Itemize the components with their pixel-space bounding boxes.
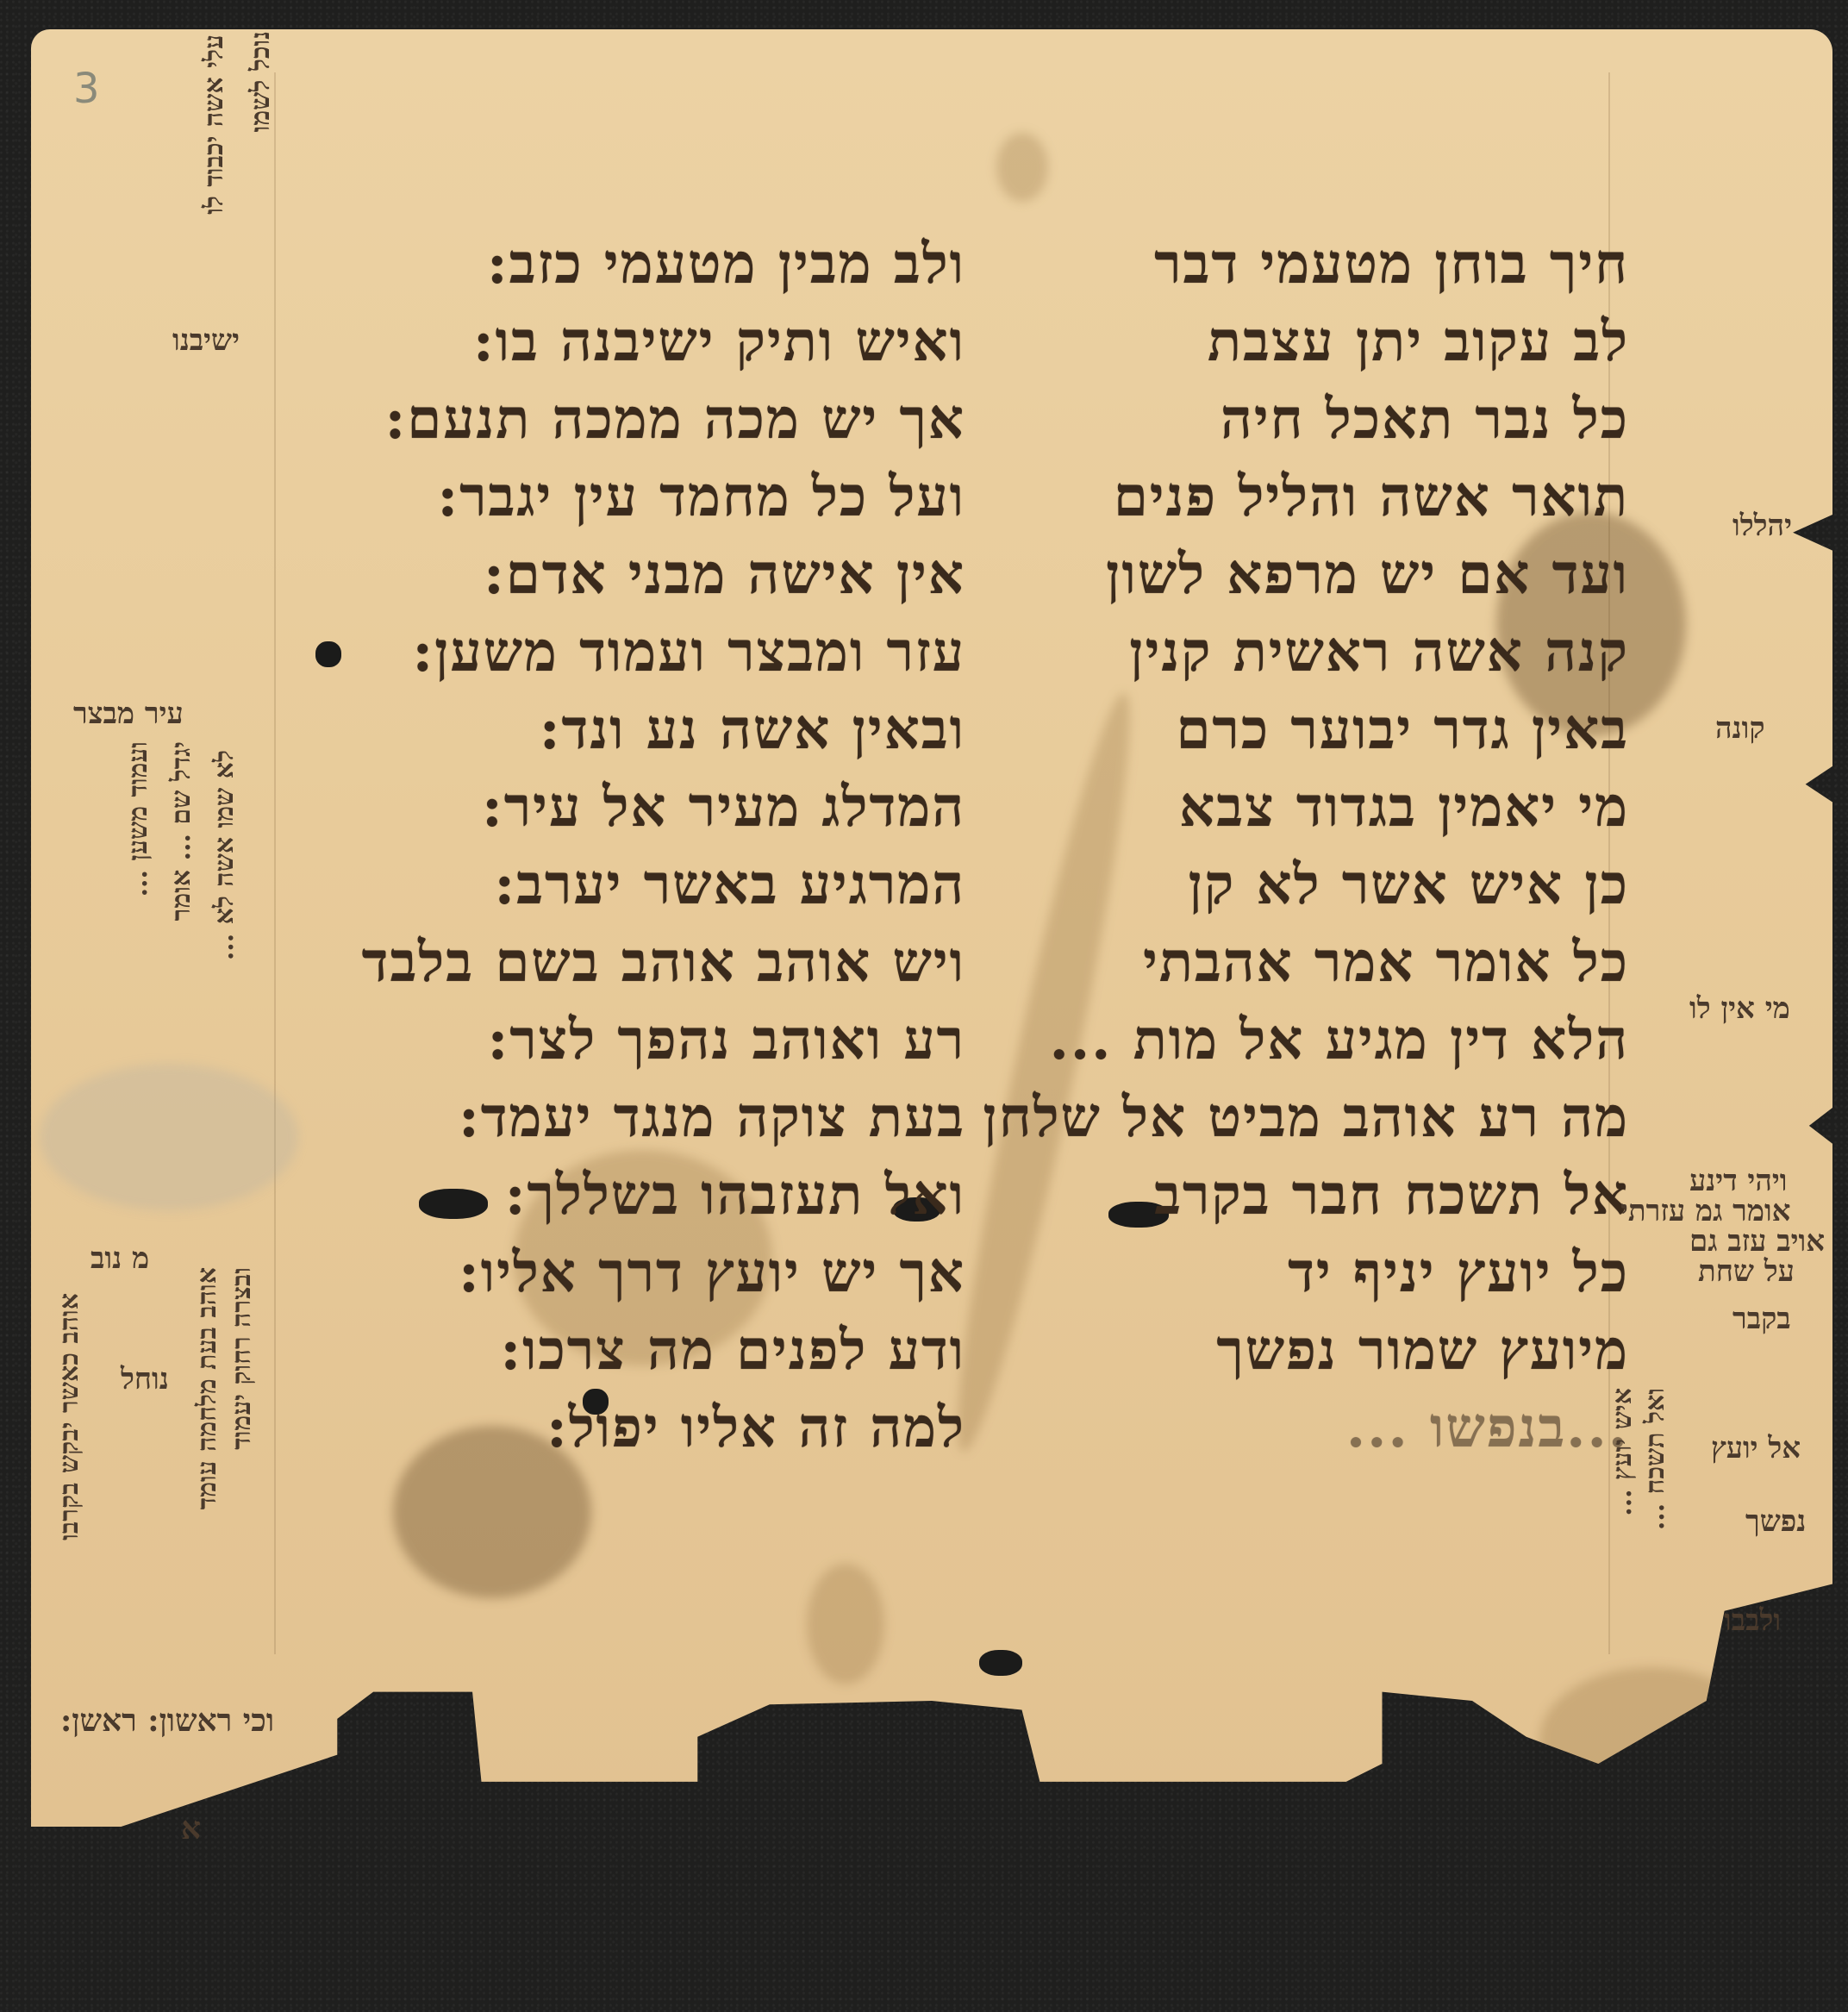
margin-note: ויהי דינע [1689, 1164, 1788, 1198]
water-stain [807, 1564, 884, 1684]
margin-note: ולבבו [1724, 1603, 1781, 1638]
margin-note-vertical: יגדל שם ... אומר [164, 741, 200, 921]
right-column: חיך בוחן מטעמי דבר לב עקוב יתן עצבת כל נ… [948, 226, 1629, 1467]
margin-note-vertical: נוכל לשמו [243, 31, 279, 132]
margin-note-vertical: ובצרה רחוק יעמוד [224, 1267, 260, 1450]
margin-note-vertical: ואל תשכח ... [1638, 1388, 1674, 1530]
margin-note: על שחת [1698, 1254, 1795, 1289]
text-line: אין אישה מבני אדם: [276, 536, 965, 614]
margin-note: אומר גמ עזרתי [1620, 1194, 1791, 1228]
text-line: אל תשכח חבר בקרב [948, 1157, 1629, 1234]
margin-note: בקבר [1732, 1302, 1791, 1336]
text-line: ולב מבין מטעמי כזב: [276, 226, 965, 303]
text-line: לב עקוב יתן עצבת [948, 303, 1629, 381]
margin-note: נפשך [1745, 1504, 1806, 1539]
margin-note-vertical: אוהב בעת מלחמה עומד [190, 1267, 226, 1509]
margin-note: אל יועץ [1711, 1431, 1801, 1465]
folio-number: 3 [73, 65, 100, 113]
text-line: אך יש מכה ממכה תנעם: [276, 381, 965, 459]
margin-note-vertical: ועמוד משען ... [121, 741, 157, 897]
text-line: ודע לפנים מה צרכו: [276, 1312, 965, 1390]
text-line: ובאין אשה נע ונד: [276, 691, 965, 769]
water-stain [1539, 1667, 1764, 1814]
margin-note: קונה [1715, 711, 1765, 746]
damage-hole [979, 1650, 1022, 1676]
water-stain [996, 133, 1048, 202]
text-line: כל אומר אמר אהבתי [948, 924, 1629, 1002]
text-line: כל נבר תאכל חיה [948, 381, 1629, 459]
margin-note-vertical: עלי אשה יכבוד לו [197, 34, 233, 215]
text-line: אך יש יועץ דרך אליו: [276, 1234, 965, 1312]
text-line: כל יועץ יניף יד [948, 1234, 1629, 1312]
text-line: הלא דין מגיע אל מות ... [948, 1002, 1629, 1079]
left-column: ולב מבין מטעמי כזב: ואיש ותיק ישיבנה בו:… [276, 226, 965, 1467]
quire-signature: א [181, 1810, 201, 1846]
text-line: מה רע אוהב מביט אל שלחן [948, 1079, 1629, 1157]
margin-note: יהללו [1732, 509, 1792, 543]
text-line: המדלג מעיר אל עיר: [276, 769, 965, 847]
margin-note: ישיבנו [172, 323, 240, 358]
text-line: ...בנפשו ... [948, 1390, 1629, 1467]
margin-note: נוחל [121, 1362, 169, 1397]
margin-note-vertical: אוהב כאשר יבקש בקרבו [52, 1293, 88, 1540]
text-line: באין גדר יבוער כרם [948, 691, 1629, 769]
text-line: למה זה אליו יפול: [276, 1390, 965, 1467]
text-line: תואר אשה והליל פנים [948, 459, 1629, 536]
text-line: המרגיע באשר יערב: [276, 847, 965, 924]
margin-note: אויב עזב גם [1689, 1224, 1825, 1259]
text-line: מיועץ שמור נפשך [948, 1312, 1629, 1390]
text-line: חיך בוחן מטעמי דבר [948, 226, 1629, 303]
margin-note-vertical: איש יועץ ... [1605, 1388, 1641, 1516]
text-line: כן איש אשר לא קן [948, 847, 1629, 924]
bottom-left-line: וכי ראשון: ראשן: [60, 1703, 274, 1739]
margin-note-vertical: לא שמו אשה לא ... [207, 750, 243, 960]
text-line: ועד אם יש מרפא לשון [948, 536, 1629, 614]
text-line: ועל כל מחמד עין יגבר: [276, 459, 965, 536]
text-line: ויש אוהב אוהב בשם בלבד [276, 924, 965, 1002]
text-line: רע ואוהב נהפך לצר: [276, 1002, 965, 1079]
text-line: בעת צוקה מנגד יעמד: [276, 1079, 965, 1157]
margin-note: מי אין לו [1689, 991, 1790, 1026]
text-line: ואיש ותיק ישיבנה בו: [276, 303, 965, 381]
margin-note: מ נוב [91, 1241, 149, 1276]
water-stain [40, 1064, 298, 1210]
margin-note: עיר מבצר [73, 697, 184, 731]
text-line: מי יאמין בגדוד צבא [948, 769, 1629, 847]
text-line: קנה אשה ראשית קנין [948, 614, 1629, 691]
text-line: עזר ומבצר ועמוד משען: [276, 614, 965, 691]
text-line: ואל תעזבהו בשללך: [276, 1157, 965, 1234]
